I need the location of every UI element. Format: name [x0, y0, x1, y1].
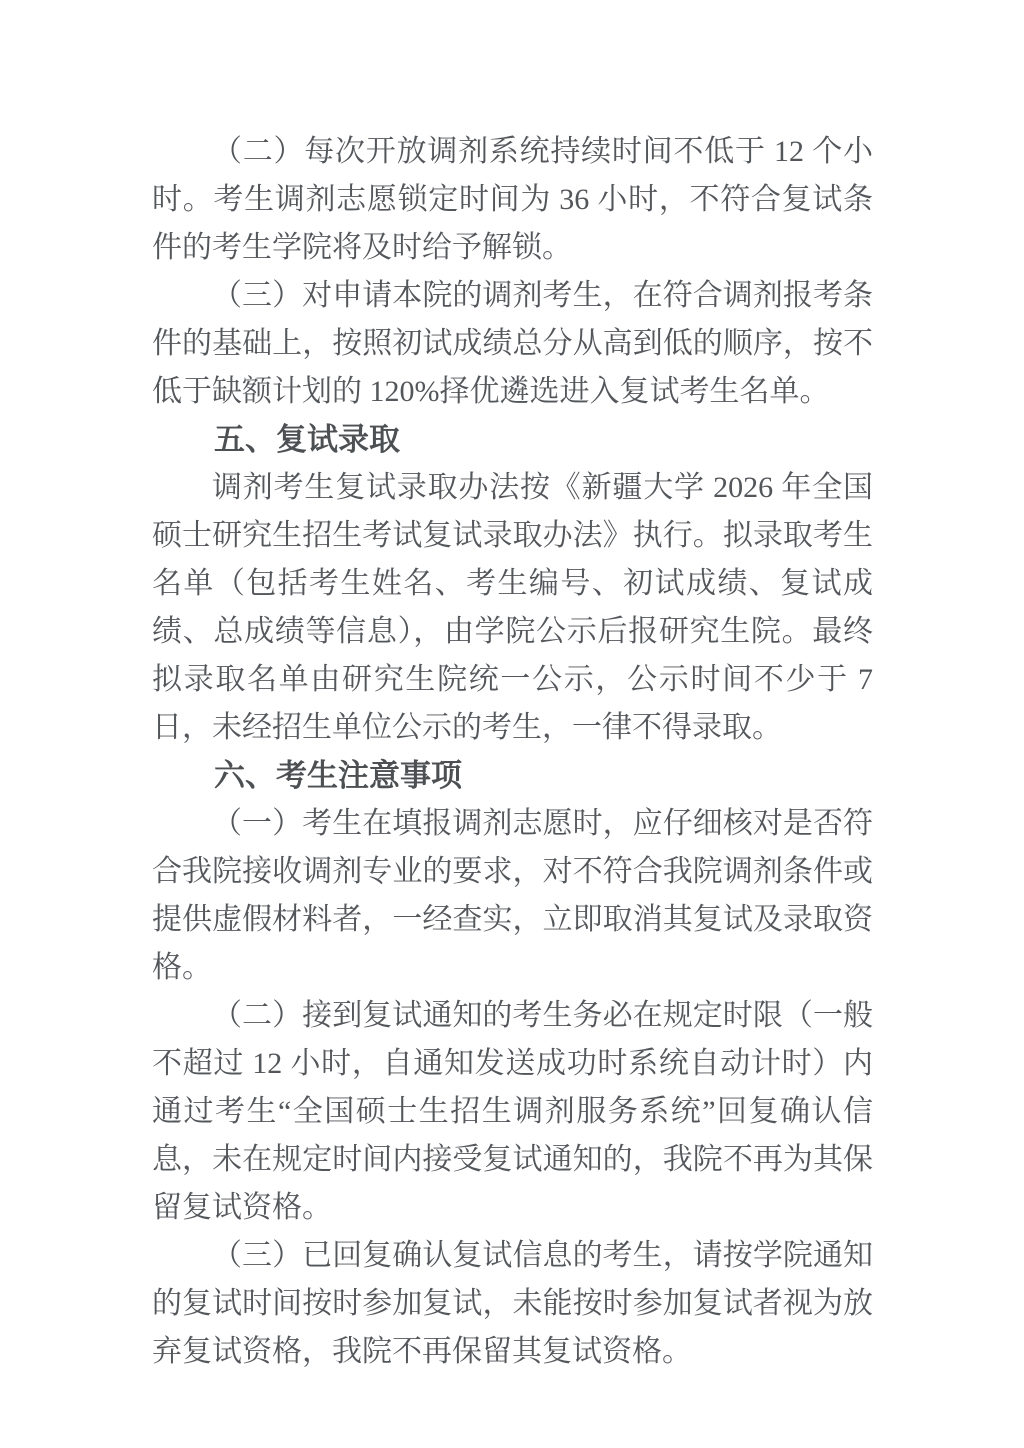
section-heading-5-retest-admission: 五、复试录取 [152, 416, 873, 464]
section-heading-6-candidate-notes: 六、考生注意事项 [152, 752, 873, 800]
paragraph-retest-admission-body: 调剂考生复试录取办法按《新疆大学 2026 年全国硕士研究生招生考试复试录取办法… [152, 464, 873, 752]
paragraph-note-3: （三）已回复确认复试信息的考生，请按学院通知的复试时间按时参加复试，未能按时参加… [152, 1232, 873, 1376]
paragraph-item-2: （二）每次开放调剂系统持续时间不低于 12 个小时。考生调剂志愿锁定时间为 36… [152, 128, 873, 272]
paragraph-note-2: （二）接到复试通知的考生务必在规定时限（一般不超过 12 小时，自通知发送成功时… [152, 992, 873, 1232]
paragraph-note-1: （一）考生在填报调剂志愿时，应仔细核对是否符合我院接收调剂专业的要求，对不符合我… [152, 800, 873, 992]
paragraph-item-3: （三）对申请本院的调剂考生，在符合调剂报考条件的基础上，按照初试成绩总分从高到低… [152, 272, 873, 416]
document-page: （二）每次开放调剂系统持续时间不低于 12 个小时。考生调剂志愿锁定时间为 36… [0, 0, 1024, 1448]
